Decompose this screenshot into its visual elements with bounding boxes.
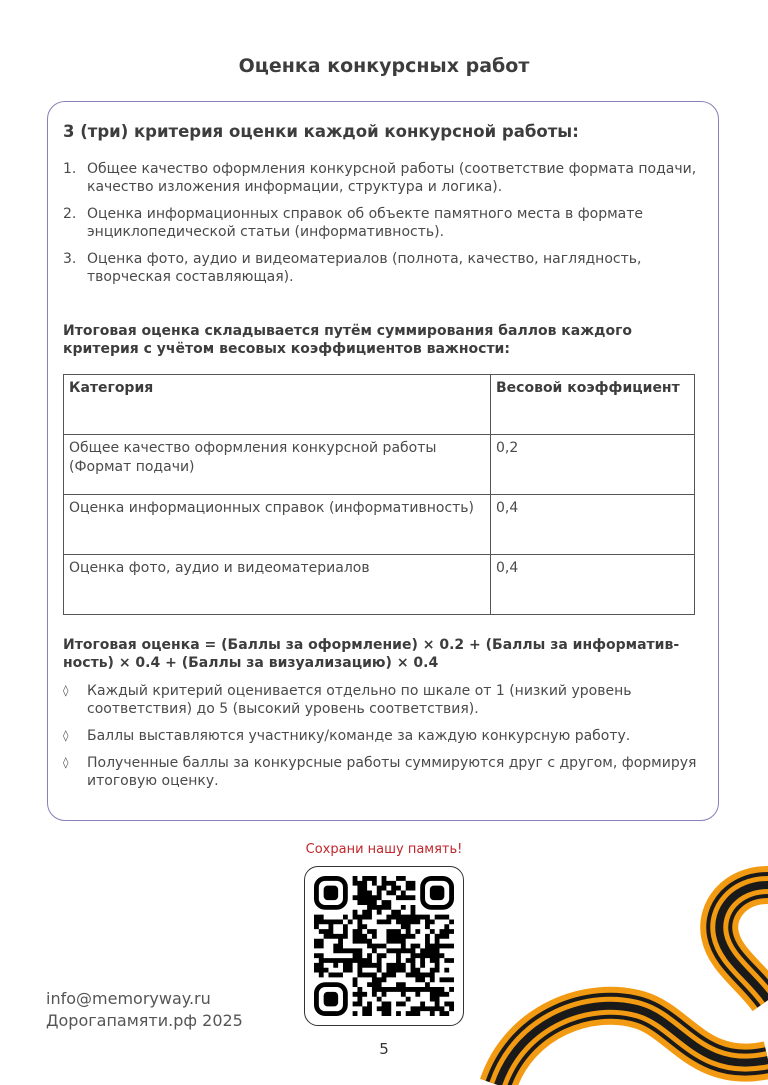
contacts: info@memoryway.ru Дорогапамяти.рф 2025 — [46, 988, 243, 1032]
header-weight: Весовой коэффициент — [491, 375, 695, 435]
list-item: 1.Общее качество оформления конкурсной р… — [63, 160, 703, 196]
summary-note: Итоговая оценка складывается путём сумми… — [63, 322, 693, 358]
diamond-bullet-icon: ◊ — [63, 754, 68, 772]
list-item: 2.Оценка информационных справок об объек… — [63, 205, 703, 241]
criteria-list: 1.Общее качество оформления конкурсной р… — [63, 160, 703, 295]
weights-table: Категория Весовой коэффициент Общее каче… — [63, 374, 695, 615]
qr-code-icon — [314, 876, 454, 1016]
table-header-row: Категория Весовой коэффициент — [64, 375, 695, 435]
header-category: Категория — [64, 375, 491, 435]
email-link[interactable]: info@memoryway.ru — [46, 988, 243, 1010]
criteria-panel: 3 (три) критерия оценки каждой конкурсно… — [47, 101, 719, 821]
table-row: Оценка фото, аудио и видеоматериалов 0,4 — [64, 555, 695, 615]
list-item: ◊Каждый критерий оценивается отдельно по… — [63, 682, 703, 718]
list-item: ◊Баллы выставляются участнику/команде за… — [63, 727, 703, 745]
page-title: Оценка конкурсных работ — [0, 55, 768, 77]
site-link[interactable]: Дорогапамяти.рф 2025 — [46, 1010, 243, 1032]
ribbon-icon — [480, 860, 768, 1085]
qr-code[interactable] — [304, 866, 464, 1026]
notes-list: ◊Каждый критерий оценивается отдельно по… — [63, 682, 703, 799]
diamond-bullet-icon: ◊ — [63, 682, 68, 700]
criteria-heading: 3 (три) критерия оценки каждой конкурсно… — [63, 122, 579, 141]
slogan: Сохрани нашу память! — [0, 842, 768, 857]
list-item: 3.Оценка фото, аудио и видеоматериалов (… — [63, 250, 703, 286]
table-row: Оценка информационных справок (информати… — [64, 495, 695, 555]
table-row: Общее качество оформления конкурсной раб… — [64, 435, 695, 495]
list-item: ◊Полученные баллы за конкурсные работы с… — [63, 754, 703, 790]
diamond-bullet-icon: ◊ — [63, 727, 68, 745]
formula: Итоговая оценка = (Баллы за оформление) … — [63, 636, 703, 672]
